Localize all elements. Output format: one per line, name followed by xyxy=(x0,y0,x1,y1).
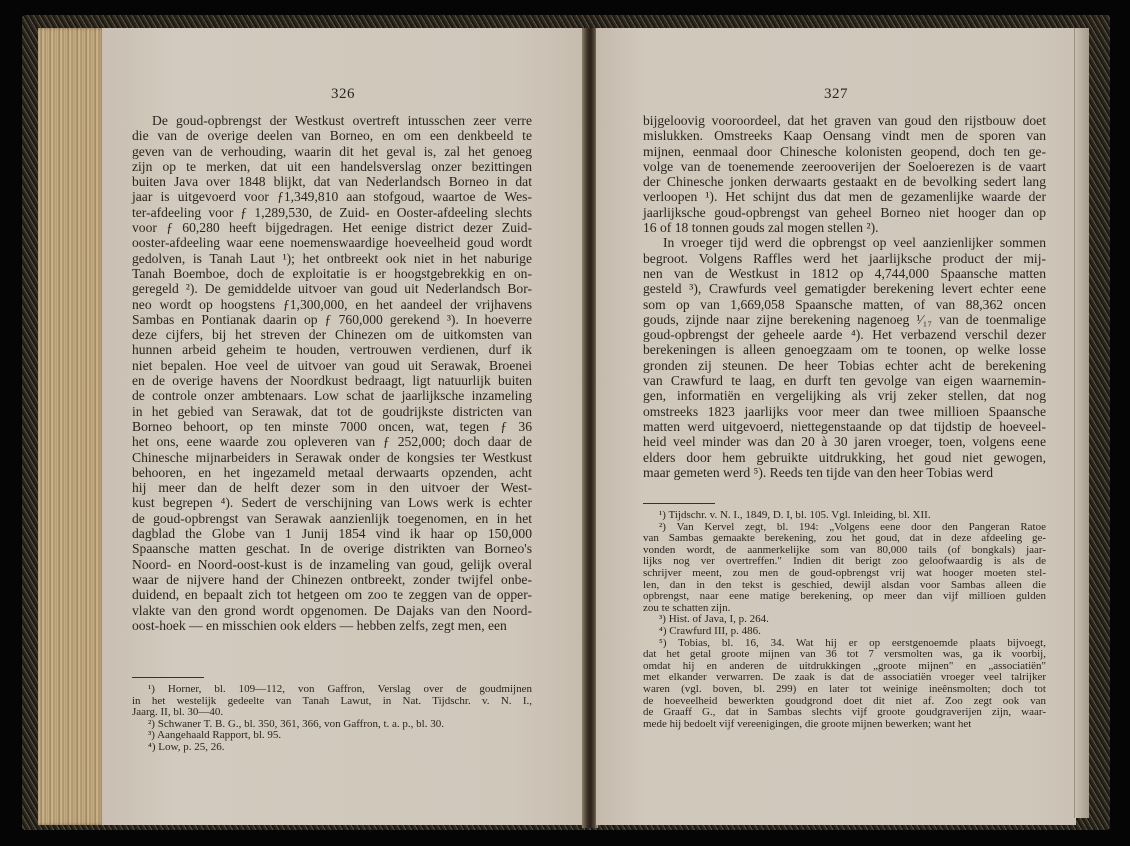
text-line: oost-hoek — en misschien ook elders — he… xyxy=(132,618,532,633)
text-line: elders door hem gebruikte uitdrukking, h… xyxy=(643,450,1046,465)
footnote-rule xyxy=(132,677,204,678)
text-line: voor ƒ 60,280 heeft bijgedragen. Het een… xyxy=(132,220,532,235)
text-line: van Crawfurd te laag, en durft ten gevol… xyxy=(643,373,1046,388)
body-text: De goud-opbrengst der Westkust overtreft… xyxy=(132,113,532,633)
text-line: hij meer dan de helft dezer som in den u… xyxy=(132,480,532,495)
text-line: mislukken. Omstreeks Kaap Oensang vindt … xyxy=(643,128,1046,143)
text-line: dagblad the Globe van 1 Junij 1854 vind … xyxy=(132,526,532,541)
text-line: Spaansche matten geschat. In de overige … xyxy=(132,541,532,556)
text-line: gesteld ³), Crawfurds veel gematigder be… xyxy=(643,281,1046,296)
text-line: niet bepalen. Hoe veel de uitvoer van go… xyxy=(132,358,532,373)
text-line: de controle onzer ambtenaars. Low schat … xyxy=(132,388,532,403)
page-number: 326 xyxy=(102,86,584,103)
footnote-line: schrijver meent, zou men de goud-opbreng… xyxy=(643,568,1046,580)
page-edges xyxy=(38,28,104,825)
text-line: Sambas en Pontianak daarin op ƒ 760,000 … xyxy=(132,312,532,327)
text-line: Chinesche mijnarbeiders in Serawak onder… xyxy=(132,450,532,465)
page-number: 327 xyxy=(596,86,1076,103)
text-line: geregeld ²). De gemiddelde uitvoer van g… xyxy=(132,281,532,296)
footnote-rule xyxy=(643,503,715,504)
footnote-line: dat het getal groote mijnen van 36 tot 7… xyxy=(643,649,1046,661)
footnote-line: mede hij bedoelt vijf vereenigingen, die… xyxy=(643,719,1046,731)
body-text: bijgeloovig vooroordeel, dat het graven … xyxy=(643,113,1046,480)
text-line: die van de overige deelen van Borneo, en… xyxy=(132,128,532,143)
text-line: gen, informatiën en vergelijking als vri… xyxy=(643,388,1046,403)
text-line: goud-opbrengst der geheele aarde ⁴). Het… xyxy=(643,327,1046,342)
text-line: ter-afdeeling voor ƒ 1,289,530, de Zuid-… xyxy=(132,205,532,220)
text-line: In vroeger tijd werd die opbrengst op ve… xyxy=(643,235,1046,250)
text-line: 16 of 18 tonnen gouds zal mogen stellen … xyxy=(643,220,1046,235)
text-line: bijgeloovig vooroordeel, dat het graven … xyxy=(643,113,1046,128)
text-line: de goud-opbrengst van Serawak aanzienlij… xyxy=(132,511,532,526)
text-line: nen van de Westkust in 1812 op 4,744,000… xyxy=(643,266,1046,281)
text-line: hunnen arbeid geheim te houden, vertrouw… xyxy=(132,342,532,357)
text-line: ooster-afdeeling waar eene noemenswaardi… xyxy=(132,235,532,250)
text-line: en de overige havens der Noordkust bedra… xyxy=(132,373,532,388)
text-line: maar gemeten werd ⁵). Reeds ten tijde va… xyxy=(643,465,1046,480)
footnote-line: opbrengst, naar eene matige berekening, … xyxy=(643,591,1046,603)
text-line: kust begrepen ⁴). Sedert de verschijning… xyxy=(132,495,532,510)
text-line: volge van de toenemende zeerooverijen de… xyxy=(643,159,1046,174)
text-line: berekeningen is alleen genoegzaam om te … xyxy=(643,342,1046,357)
footnote-line: ¹) Tijdschr. v. N. I., 1849, D. I, bl. 1… xyxy=(643,510,1046,522)
text-line: gronden zij steunen. De heer Tobias echt… xyxy=(643,358,1046,373)
text-line: Noord- en Noord-oost-kust is de inzameli… xyxy=(132,557,532,572)
text-line: geven van de verhouding, waarin dit het … xyxy=(132,144,532,159)
text-line: omstreeks 1823 jaarlijks voor meer dan t… xyxy=(643,404,1046,419)
text-line: som op van 1,669,058 Spaansche matten, o… xyxy=(643,297,1046,312)
footnote-line: waren (vgl. boven, bl. 299) en later tot… xyxy=(643,684,1046,696)
footnotes: ¹) Horner, bl. 109—112, von Gaffron, Ver… xyxy=(132,684,532,754)
text-line: mijnen, eenmaal door Chinesche koloniste… xyxy=(643,144,1046,159)
footnotes: ¹) Tijdschr. v. N. I., 1849, D. I, bl. 1… xyxy=(643,510,1046,730)
footnote-line: ⁴) Crawfurd III, p. 486. xyxy=(643,626,1046,638)
footnote-line: ¹) Horner, bl. 109—112, von Gaffron, Ver… xyxy=(132,684,532,696)
text-line: duidend, en bepaalt zich tot hetgeen om … xyxy=(132,587,532,602)
left-page: 326 De goud-opbrengst der Westkust overt… xyxy=(102,28,584,825)
footnote-line: ⁴) Low, p. 25, 26. xyxy=(132,742,532,754)
text-line: buiten Java over 1848 blijkt, dat van Ne… xyxy=(132,174,532,189)
text-line: jaar is uitgevoerd voor ƒ1,349,810 aan s… xyxy=(132,189,532,204)
right-page-edge xyxy=(1074,28,1089,818)
text-line: behooren, en het ingezameld metaal derwa… xyxy=(132,465,532,480)
text-line: neo wordt op hoogstens ƒ1,300,000, en he… xyxy=(132,297,532,312)
text-line: begroot. Volgens Raffles werd het jaarli… xyxy=(643,251,1046,266)
text-line: gouds, zijnde naar zijne berekening nage… xyxy=(643,312,1046,327)
text-line: gedolven, is Tanah Laut ¹); het ontbreek… xyxy=(132,251,532,266)
text-line: verloopen ¹). Het schijnt dus dat men de… xyxy=(643,189,1046,204)
right-page: 327 bijgeloovig vooroordeel, dat het gra… xyxy=(596,28,1076,825)
text-line: deze cijfers, bij het streven der Chinez… xyxy=(132,327,532,342)
text-line: der Chinesche jonken derwaarts gestaakt … xyxy=(643,174,1046,189)
text-line: in het gebied van Serawak, dat tot de go… xyxy=(132,404,532,419)
text-line: matten werd uitgevoerd, niettegenstaande… xyxy=(643,419,1046,434)
text-line: De goud-opbrengst der Westkust overtreft… xyxy=(132,113,532,128)
text-line: zijn op te merken, dat uit een handelsve… xyxy=(132,159,532,174)
text-line: Borneo behoort, op ten minste 7000 oncen… xyxy=(132,419,532,434)
text-line: heid veel minder was dan 20 à 30 jaren v… xyxy=(643,434,1046,449)
footnote-line: de Graaff G., dat in Sambas slechts vijf… xyxy=(643,707,1046,719)
text-line: jaarlijksche goud-opbrengst van geheel B… xyxy=(643,205,1046,220)
text-line: Tanah Boemboe, doch de exploitatie is er… xyxy=(132,266,532,281)
text-line: vlakte van den grond wordt opgenomen. De… xyxy=(132,603,532,618)
text-line: het ons, eene waarde zou opleveren van ƒ… xyxy=(132,434,532,449)
text-line: waar de nijvere hand der Chinezen ontbre… xyxy=(132,572,532,587)
